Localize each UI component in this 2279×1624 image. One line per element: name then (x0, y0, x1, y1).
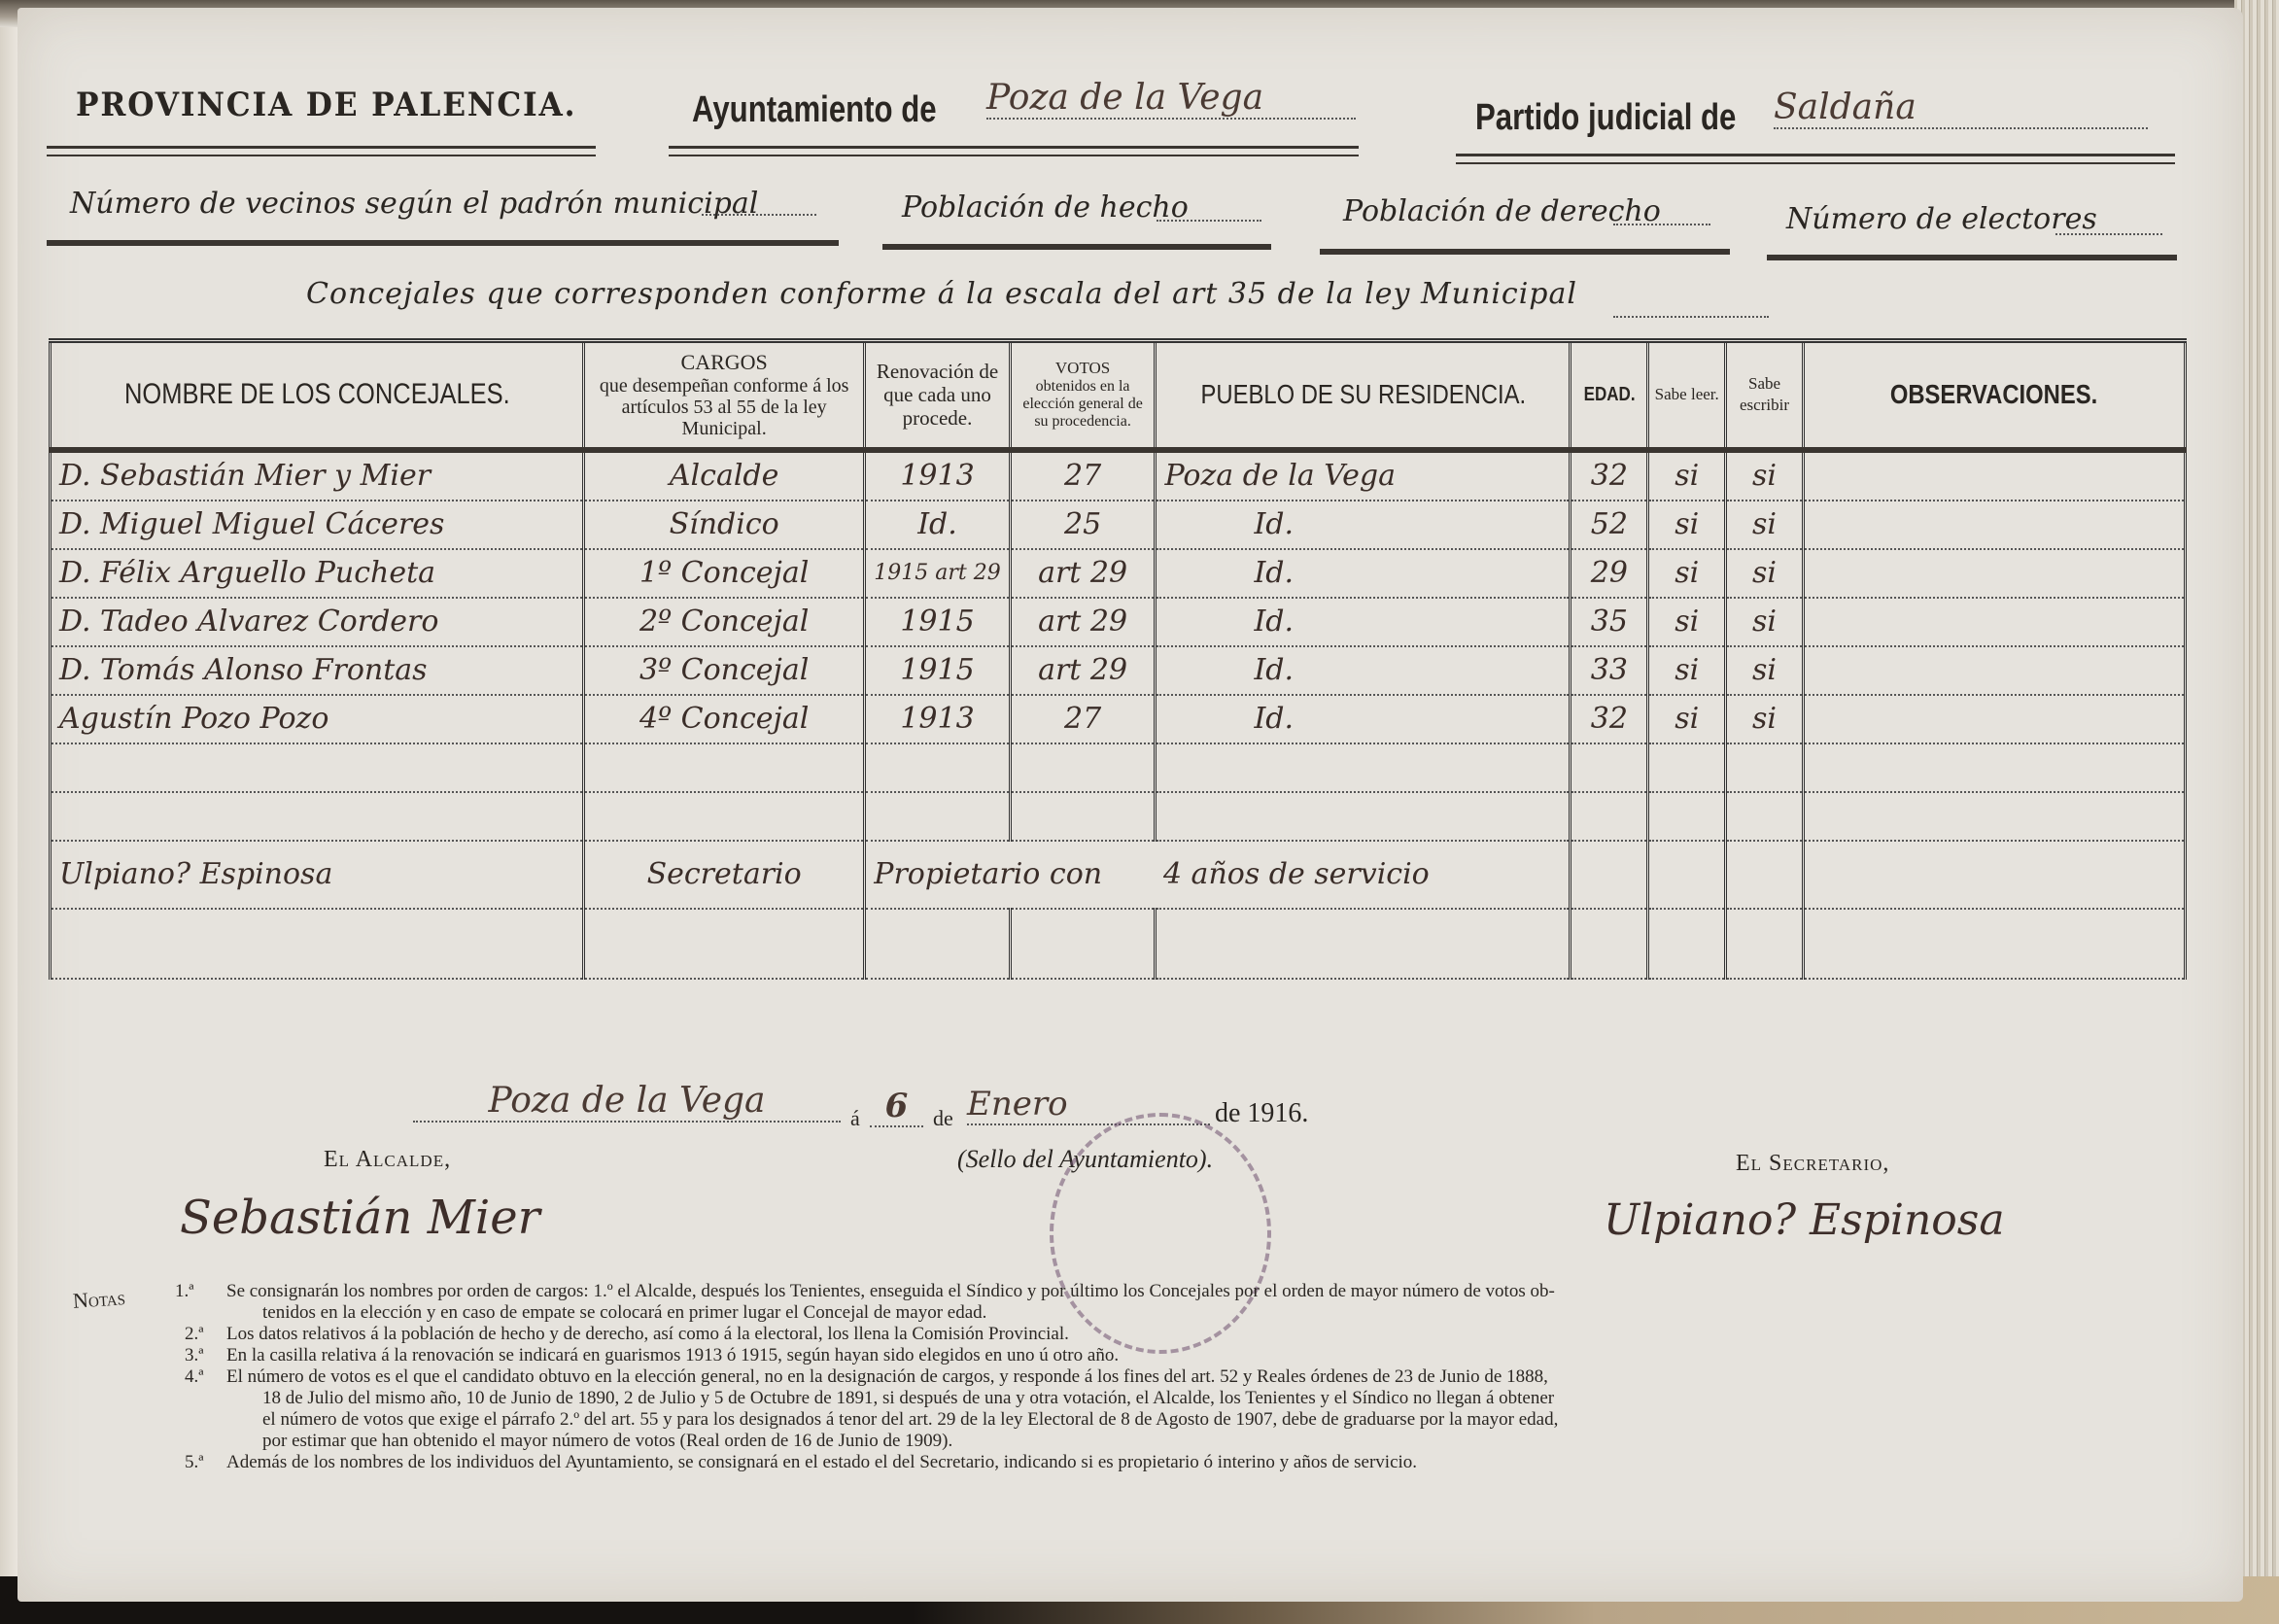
cell-leer[interactable]: si (1648, 646, 1726, 695)
ayuntamiento-seal (1050, 1113, 1271, 1354)
cell-votos[interactable]: 27 (1010, 450, 1156, 501)
cell-escribir[interactable]: si (1726, 501, 1804, 549)
cell-votos[interactable]: 27 (1010, 695, 1156, 743)
cell-pueblo[interactable]: Poza de la Vega (1156, 450, 1571, 501)
cell-renovacion[interactable] (865, 909, 1010, 979)
cell-observaciones[interactable] (1803, 598, 2185, 646)
cell-escribir[interactable] (1726, 743, 1804, 792)
date-place-field[interactable]: Poza de la Vega (413, 1081, 841, 1123)
vecinos-label: Número de vecinos según el padrón munici… (70, 187, 758, 221)
province-title: PROVINCIA DE PALENCIA. (76, 86, 576, 124)
cell-leer[interactable] (1648, 792, 1726, 841)
cell-renovacion[interactable] (865, 743, 1010, 792)
note-text: El número de votos es el que el candidat… (226, 1366, 1548, 1388)
cell-nombre[interactable] (51, 909, 584, 979)
poblacion-hecho-label: Población de hecho (902, 190, 1189, 225)
cell-pueblo[interactable]: Id. (1156, 549, 1571, 598)
cell-renovacion[interactable]: 1913 (865, 695, 1010, 743)
col-header-cargos: CARGOSque desempeñan conforme á los artí… (584, 341, 865, 450)
cell-escribir[interactable]: si (1726, 549, 1804, 598)
poblacion-derecho-field[interactable] (1613, 224, 1710, 225)
col-header-edad: EDAD. (1571, 341, 1648, 450)
cell-escribir[interactable]: si (1726, 695, 1804, 743)
cell-nombre[interactable]: D. Miguel Miguel Cáceres (51, 501, 584, 549)
rule (1320, 249, 1730, 255)
cell-cargo[interactable] (584, 909, 865, 979)
cell-escribir[interactable] (1726, 909, 1804, 979)
cell-renovacion[interactable]: Id. (865, 501, 1010, 549)
poblacion-hecho-field[interactable] (1157, 220, 1261, 222)
cell-pueblo[interactable]: Id. (1156, 695, 1571, 743)
cell-cargo[interactable] (584, 743, 865, 792)
col-header-votos: VOTOSobtenidos en la elección general de… (1010, 341, 1156, 450)
cell-edad[interactable] (1571, 841, 1648, 909)
cell-edad[interactable]: 29 (1571, 549, 1648, 598)
cell-edad[interactable] (1571, 743, 1648, 792)
cell-observaciones[interactable] (1803, 450, 2185, 501)
cell-pueblo[interactable]: Id. (1156, 501, 1571, 549)
date-day-field[interactable]: 6 (870, 1087, 923, 1127)
cell-nombre[interactable] (51, 743, 584, 792)
table-row: D. Tadeo Alvarez Cordero 2º Concejal 191… (51, 598, 2186, 646)
cell-leer[interactable] (1648, 743, 1726, 792)
cell-edad[interactable] (1571, 792, 1648, 841)
cell-nombre[interactable]: Ulpiano? Espinosa (51, 841, 584, 909)
table-row-secretario: Ulpiano? Espinosa Secretario Propietario… (51, 841, 2186, 909)
concejales-escala-field[interactable] (1613, 316, 1769, 318)
note-number: 3.ª (185, 1345, 204, 1366)
note-text: 18 de Julio del mismo año, 10 de Junio d… (262, 1388, 1554, 1409)
table-row: D. Sebastián Mier y Mier Alcalde 1913 27… (51, 450, 2186, 501)
note-text: Los datos relativos á la población de he… (226, 1324, 1069, 1345)
cell-votos[interactable]: art 29 (1010, 549, 1156, 598)
electores-label: Número de electores (1786, 202, 2097, 236)
cell-observaciones[interactable] (1803, 909, 2185, 979)
cell-pueblo[interactable]: Id. (1156, 598, 1571, 646)
cell-leer[interactable]: si (1648, 450, 1726, 501)
cell-pueblo[interactable] (1156, 743, 1571, 792)
note-number: 4.ª (185, 1366, 204, 1388)
cell-leer[interactable]: si (1648, 549, 1726, 598)
cell-cargo[interactable]: Secretario (584, 841, 865, 909)
notes-label: Notas (72, 1287, 125, 1312)
secretario-signature: Ulpiano? Espinosa (1604, 1195, 2005, 1245)
table-row: Agustín Pozo Pozo 4º Concejal 1913 27 Id… (51, 695, 2186, 743)
cell-observaciones[interactable] (1803, 792, 2185, 841)
note-text: por estimar que han obtenido el mayor nú… (262, 1431, 952, 1452)
note-number: 1.ª (175, 1281, 194, 1302)
rule (882, 244, 1271, 250)
cell-cargo[interactable]: 3º Concejal (584, 646, 865, 695)
note-number: 5.ª (185, 1452, 204, 1473)
secretario-label: El Secretario, (1736, 1151, 1889, 1177)
cell-escribir[interactable]: si (1726, 646, 1804, 695)
rule (1456, 154, 2175, 164)
cell-observaciones[interactable] (1803, 646, 2185, 695)
alcalde-label: El Alcalde, (324, 1147, 451, 1173)
cell-leer[interactable]: si (1648, 598, 1726, 646)
cell-edad[interactable]: 32 (1571, 695, 1648, 743)
cell-edad[interactable]: 33 (1571, 646, 1648, 695)
note-text: En la casilla relativa á la renovación s… (226, 1345, 1119, 1366)
cell-observaciones[interactable] (1803, 549, 2185, 598)
col-header-nombre: NOMBRE DE LOS CONCEJALES. (51, 341, 584, 450)
cell-observaciones[interactable] (1803, 501, 2185, 549)
cell-observaciones[interactable] (1803, 841, 2185, 909)
cell-votos[interactable] (1010, 792, 1156, 841)
cell-edad[interactable]: 35 (1571, 598, 1648, 646)
cell-cargo[interactable]: 1º Concejal (584, 549, 865, 598)
cell-escribir[interactable] (1726, 841, 1804, 909)
cell-cargo[interactable]: Alcalde (584, 450, 865, 501)
date-year: de 1916. (1215, 1098, 1308, 1129)
note-text: Además de los nombres de los individuos … (226, 1452, 1417, 1473)
vecinos-field[interactable] (702, 214, 816, 216)
cell-pueblo[interactable]: Id. (1156, 646, 1571, 695)
cell-leer[interactable] (1648, 909, 1726, 979)
cell-votos[interactable]: art 29 (1010, 646, 1156, 695)
cell-cargo[interactable]: 4º Concejal (584, 695, 865, 743)
table-row: D. Félix Arguello Pucheta 1º Concejal 19… (51, 549, 2186, 598)
table-row: D. Tomás Alonso Frontas 3º Concejal 1915… (51, 646, 2186, 695)
cell-renovacion[interactable]: 1913 (865, 450, 1010, 501)
cell-pueblo[interactable]: 4 años de servicio (1156, 841, 1571, 909)
concejales-table: NOMBRE DE LOS CONCEJALES. CARGOSque dese… (49, 338, 2187, 980)
table-row: D. Miguel Miguel Cáceres Síndico Id. 25 … (51, 501, 2186, 549)
date-a-label: á (850, 1106, 860, 1131)
cell-cargo[interactable]: 2º Concejal (584, 598, 865, 646)
cell-escribir[interactable]: si (1726, 450, 1804, 501)
cell-observaciones[interactable] (1803, 743, 2185, 792)
cell-nombre[interactable]: D. Félix Arguello Pucheta (51, 549, 584, 598)
col-header-renovacion: Renovación de que cada uno procede. (865, 341, 1010, 450)
table-row (51, 909, 2186, 979)
cell-renovacion[interactable]: 1915 art 29 (865, 549, 1010, 598)
rule (47, 146, 596, 156)
partido-label: Partido judicial de (1475, 97, 1736, 139)
note-text: tenidos en la elección y en caso de empa… (262, 1302, 986, 1324)
cell-nombre[interactable]: D. Sebastián Mier y Mier (51, 450, 584, 501)
rule (669, 146, 1359, 156)
col-header-pueblo: PUEBLO DE SU RESIDENCIA. (1156, 341, 1571, 450)
note-text: Se consignarán los nombres por orden de … (226, 1281, 1555, 1302)
ayuntamiento-field[interactable]: Poza de la Vega (986, 78, 1356, 120)
cell-pueblo[interactable] (1156, 792, 1571, 841)
cell-escribir[interactable] (1726, 792, 1804, 841)
cell-renovacion[interactable]: 1915 (865, 646, 1010, 695)
alcalde-signature: Sebastián Mier (180, 1191, 540, 1245)
cell-votos[interactable]: 25 (1010, 501, 1156, 549)
col-header-sabe-leer: Sabe leer. (1648, 341, 1726, 450)
book-left-edge (0, 0, 19, 1624)
cell-nombre[interactable]: D. Tomás Alonso Frontas (51, 646, 584, 695)
cell-observaciones[interactable] (1803, 695, 2185, 743)
cell-votos[interactable]: art 29 (1010, 598, 1156, 646)
cell-leer[interactable]: si (1648, 501, 1726, 549)
partido-field[interactable]: Saldaña (1774, 87, 2148, 129)
table-row (51, 743, 2186, 792)
col-header-sabe-escribir: Sabe escribir (1726, 341, 1804, 450)
cell-cargo[interactable] (584, 792, 865, 841)
cell-nombre[interactable] (51, 792, 584, 841)
cell-edad[interactable]: 52 (1571, 501, 1648, 549)
col-header-observaciones: OBSERVACIONES. (1803, 341, 2185, 450)
cell-renovacion[interactable]: 1915 (865, 598, 1010, 646)
cell-nombre[interactable]: D. Tadeo Alvarez Cordero (51, 598, 584, 646)
note-number: 2.ª (185, 1324, 204, 1345)
cell-leer[interactable] (1648, 841, 1726, 909)
concejales-escala-label: Concejales que corresponden conforme á l… (306, 277, 1577, 311)
table-row (51, 792, 2186, 841)
cell-votos[interactable] (1010, 743, 1156, 792)
electores-field[interactable] (2055, 233, 2162, 235)
cell-leer[interactable]: si (1648, 695, 1726, 743)
cell-renovacion[interactable]: Propietario con (865, 841, 1156, 909)
cell-renovacion[interactable] (865, 792, 1010, 841)
rule (47, 240, 839, 246)
date-de-label: de (933, 1106, 953, 1131)
rule (1767, 255, 2177, 260)
ayuntamiento-label: Ayuntamiento de (692, 89, 937, 131)
cell-nombre[interactable]: Agustín Pozo Pozo (51, 695, 584, 743)
cell-edad[interactable] (1571, 909, 1648, 979)
cell-votos[interactable] (1010, 909, 1156, 979)
cell-cargo[interactable]: Síndico (584, 501, 865, 549)
cell-escribir[interactable]: si (1726, 598, 1804, 646)
cell-pueblo[interactable] (1156, 909, 1571, 979)
cell-edad[interactable]: 32 (1571, 450, 1648, 501)
note-text: el número de votos que exige el párrafo … (262, 1409, 1558, 1431)
